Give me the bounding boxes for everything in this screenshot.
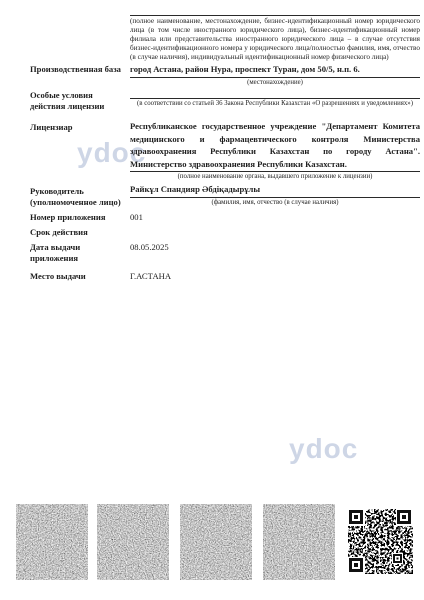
appendix-number-value: 001 bbox=[130, 212, 420, 225]
field-label-licensor: Лицензиар bbox=[30, 122, 128, 133]
validity-value bbox=[130, 227, 420, 229]
field-licensor: Республиканское государственное учрежден… bbox=[130, 120, 420, 181]
barcode-datamatrix-1 bbox=[16, 504, 88, 580]
top-note-caption: (полное наименование, местонахождение, б… bbox=[130, 15, 420, 62]
licensor-value: Республиканское государственное учрежден… bbox=[130, 120, 420, 172]
qr-code bbox=[348, 509, 413, 574]
field-appendix-number: 001 bbox=[130, 212, 420, 225]
issue-date-value: 08.05.2025 bbox=[130, 242, 420, 255]
head-caption: (фамилия, имя, отчество (в случае наличи… bbox=[130, 198, 420, 207]
codes-row bbox=[0, 504, 424, 584]
license-appendix-document: ydoc ydoc (полное наименование, местонах… bbox=[0, 0, 424, 600]
field-label-validity: Срок действия bbox=[30, 227, 128, 238]
field-special-conditions: (в соответствии со статьей 36 Закона Рес… bbox=[130, 90, 420, 108]
special-conditions-caption: (в соответствии со статьей 36 Закона Рес… bbox=[130, 99, 420, 108]
barcode-datamatrix-2 bbox=[97, 504, 169, 580]
barcode-datamatrix-4 bbox=[263, 504, 335, 580]
field-label-production-base: Производственная база bbox=[30, 64, 128, 75]
production-base-caption: (местонахождение) bbox=[130, 78, 420, 87]
field-label-appendix-number: Номер приложения bbox=[30, 212, 128, 223]
special-conditions-value bbox=[130, 90, 420, 99]
head-value: Райкұл Спандияр Әбдіқадырұлы bbox=[130, 184, 420, 198]
field-issue-place: Г.АСТАНА bbox=[130, 271, 420, 284]
licensor-caption: (полное наименование органа, выдавшего п… bbox=[130, 172, 420, 181]
field-head: Райкұл Спандияр Әбдіқадырұлы (фамилия, и… bbox=[130, 184, 420, 207]
field-issue-date: 08.05.2025 bbox=[130, 242, 420, 255]
field-label-issue-date: Дата выдачи приложения bbox=[30, 242, 128, 264]
field-label-issue-place: Место выдачи bbox=[30, 271, 128, 282]
field-validity bbox=[130, 227, 420, 229]
production-base-value: город Астана, район Нура, проспект Туран… bbox=[130, 64, 420, 78]
document-content: (полное наименование, местонахождение, б… bbox=[0, 0, 424, 600]
issue-place-value: Г.АСТАНА bbox=[130, 271, 420, 284]
field-label-special-conditions: Особые условия действия лицензии bbox=[30, 90, 128, 112]
field-label-head: Руководитель (уполномоченное лицо) bbox=[30, 186, 128, 208]
barcode-datamatrix-3 bbox=[180, 504, 252, 580]
field-production-base: город Астана, район Нура, проспект Туран… bbox=[130, 64, 420, 87]
